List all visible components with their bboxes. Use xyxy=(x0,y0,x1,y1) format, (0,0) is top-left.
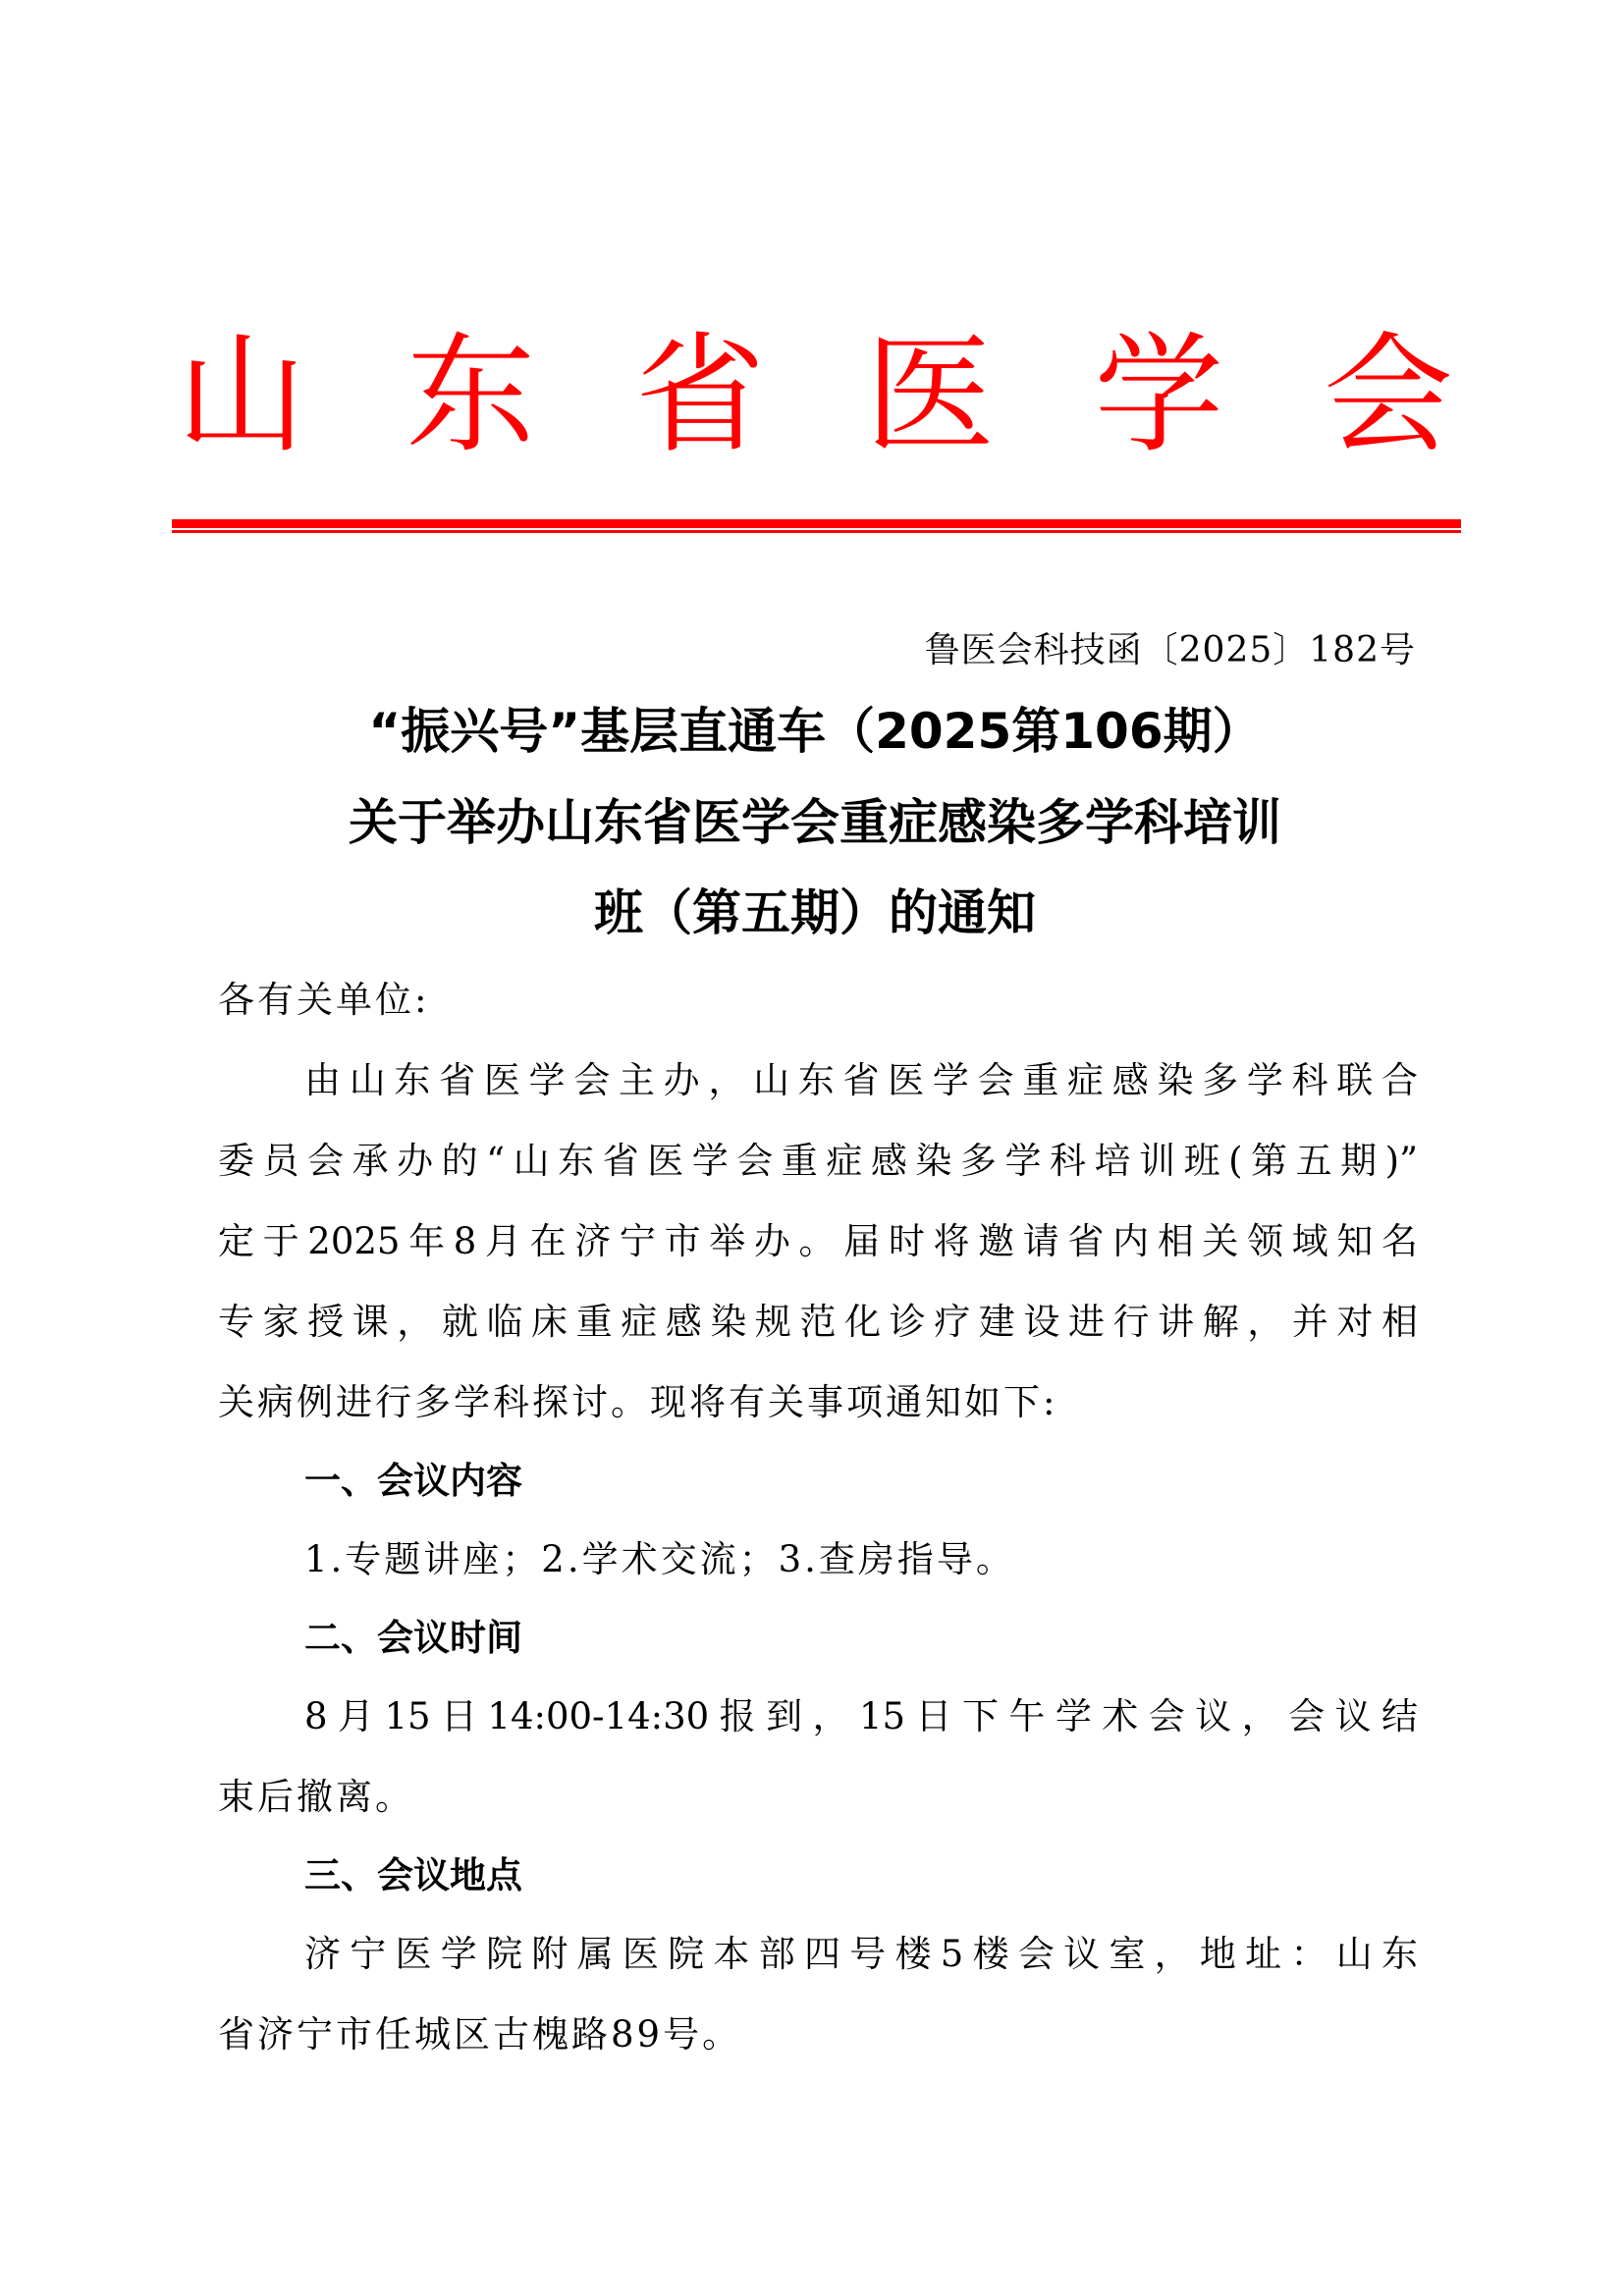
document-title-line-1: “振兴号”基层直通车（2025第106期） xyxy=(157,707,1473,756)
section-line: 束后撤离。 xyxy=(218,1779,414,1815)
section-line: 济宁医学院附属医院本部四号楼5楼会议室，地址：山东 xyxy=(304,1936,1418,1972)
document-page: 山 东 省 医 学 会 鲁医会科技函〔2025〕182号 “振兴号”基层直通车（… xyxy=(0,0,1624,2296)
intro-line: 由山东省医学会主办，山东省医学会重症感染多学科联合 xyxy=(304,1062,1418,1098)
intro-line: 定于2025年8月在济宁市举办。届时将邀请省内相关领域知名 xyxy=(218,1223,1418,1259)
intro-line: 委员会承办的“山东省医学会重症感染多学科培训班(第五期)” xyxy=(218,1143,1418,1179)
masthead-divider-thin xyxy=(172,530,1461,533)
masthead-divider-thick xyxy=(172,519,1461,528)
section-heading-content: 一、会议内容 xyxy=(304,1463,522,1499)
masthead-char: 会 xyxy=(1324,331,1453,460)
section-heading-time: 二、会议时间 xyxy=(304,1620,522,1656)
masthead-char: 学 xyxy=(1094,331,1223,460)
section-line: 1.专题讲座；2.学术交流；3.查房指导。 xyxy=(304,1541,1015,1577)
section-heading-location: 三、会议地点 xyxy=(304,1857,522,1894)
masthead-organization-name: 山 东 省 医 学 会 xyxy=(177,312,1453,479)
masthead-char: 省 xyxy=(635,331,765,460)
section-line: 省济宁市任城区古槐路89号。 xyxy=(218,2016,741,2053)
document-title-line-3: 班（第五期）的通知 xyxy=(157,888,1473,937)
salutation: 各有关单位: xyxy=(218,982,429,1018)
masthead-char: 医 xyxy=(865,331,995,460)
document-title-line-2: 关于举办山东省医学会重症感染多学科培训 xyxy=(157,798,1473,847)
section-line: 8月15日14:00-14:30报到，15日下午学术会议，会议结 xyxy=(304,1698,1418,1735)
masthead-char: 山 xyxy=(177,331,306,460)
document-number: 鲁医会科技函〔2025〕182号 xyxy=(925,622,1416,672)
intro-line: 专家授课，就临床重症感染规范化诊疗建设进行讲解，并对相 xyxy=(218,1304,1418,1340)
intro-line: 关病例进行多学科探讨。现将有关事项通知如下: xyxy=(218,1384,1057,1420)
masthead-char: 东 xyxy=(406,331,536,460)
